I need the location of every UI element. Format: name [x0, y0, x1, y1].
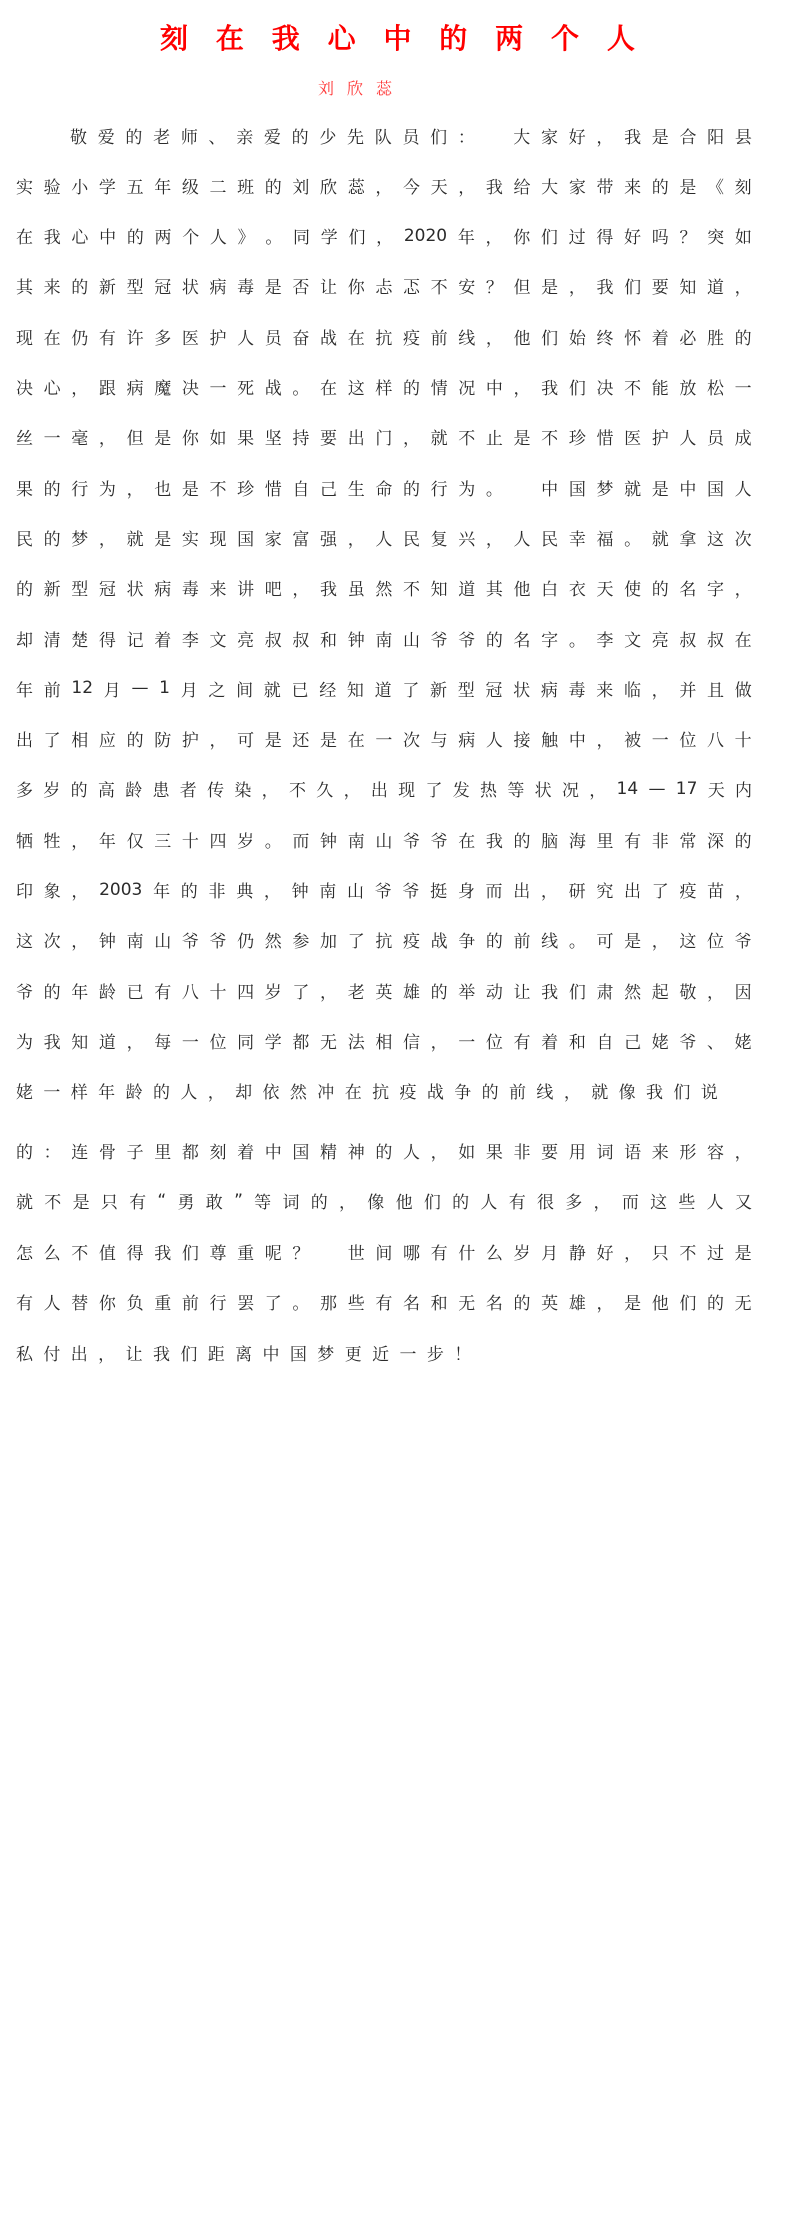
paragraph-1-line: 牺牲，年仅三十四岁。而钟南山爷爷在我的脑海里有非常深的	[16, 827, 752, 851]
paragraph-1-line: 其来的新型冠状病毒是否让你忐忑不安？但是，我们要知道，	[16, 274, 752, 298]
paragraph-1-line: 这次，钟南山爷爷仍然参加了抗疫战争的前线。可是，这位爷	[16, 928, 752, 952]
paragraph-2-line: 怎么不值得我们尊重呢？ 世间哪有什么岁月静好，只不过是	[16, 1239, 752, 1263]
paragraph-1-line: 爷的年龄已有八十四岁了，老英雄的举动让我们肃然起敬，因	[16, 978, 752, 1002]
essay-title: 刻在我心中的两个人	[160, 20, 635, 54]
paragraph-1-line: 多岁的高龄患者传染，不久，出现了发热等状况，14—17天内	[16, 777, 752, 801]
paragraph-2-line: 有人替你负重前行罢了。那些有名和无名的英雄，是他们的无	[16, 1290, 752, 1314]
paragraph-2-line: 的：连骨子里都刻着中国精神的人，如果非要用词语来形容，	[16, 1138, 752, 1162]
paragraph-1-line: 在我心中的两个人》。同学们，2020年，你们过得好吗？突如	[16, 224, 752, 248]
paragraph-1-line: 实验小学五年级二班的刘欣蕊，今天，我给大家带来的是《刻	[16, 173, 752, 197]
paragraph-1-line: 民的梦，就是实现国家富强，人民复兴，人民幸福。就拿这次	[16, 525, 752, 549]
paragraph-1-line: 年前12月—1月之间就已经知道了新型冠状病毒来临，并且做	[16, 676, 752, 700]
author-name: 刘欣蕊	[318, 76, 392, 98]
paragraph-2-line: 私付出，让我们距离中国梦更近一步！	[16, 1340, 752, 1364]
paragraph-1-line: 决心，跟病魔决一死战。在这样的情况中，我们决不能放松一	[16, 375, 752, 399]
paragraph-1-line: 丝一毫，但是你如果坚持要出门，就不止是不珍惜医护人员成	[16, 425, 752, 449]
paragraph-1-line: 的新型冠状病毒来讲吧，我虽然不知道其他白衣天使的名字，	[16, 576, 752, 600]
paragraph-1-line: 果的行为，也是不珍惜自己生命的行为。 中国梦就是中国人	[16, 475, 752, 499]
paragraph-2-line: 就不是只有“勇敢”等词的，像他们的人有很多，而这些人又	[16, 1189, 752, 1213]
paragraph-1-line: 为我知道，每一位同学都无法相信，一位有着和自己姥爷、姥	[16, 1028, 752, 1052]
paragraph-1-line: 却清楚得记着李文亮叔叔和钟南山爷爷的名字。李文亮叔叔在	[16, 626, 752, 650]
paragraph-1-line: 印象，2003年的非典，钟南山爷爷挺身而出，研究出了疫苗，	[16, 878, 752, 902]
paragraph-1-line: 姥一样年龄的人，却依然冲在抗疫战争的前线，就像我们说	[16, 1079, 752, 1103]
paragraph-1-line: 出了相应的防护，可是还是在一次与病人接触中，被一位八十	[16, 727, 752, 751]
paragraph-1-line: 敬爱的老师、亲爱的少先队员们： 大家好，我是合阳县	[70, 123, 752, 147]
paragraph-1-line: 现在仍有许多医护人员奋战在抗疫前线，他们始终怀着必胜的	[16, 324, 752, 348]
